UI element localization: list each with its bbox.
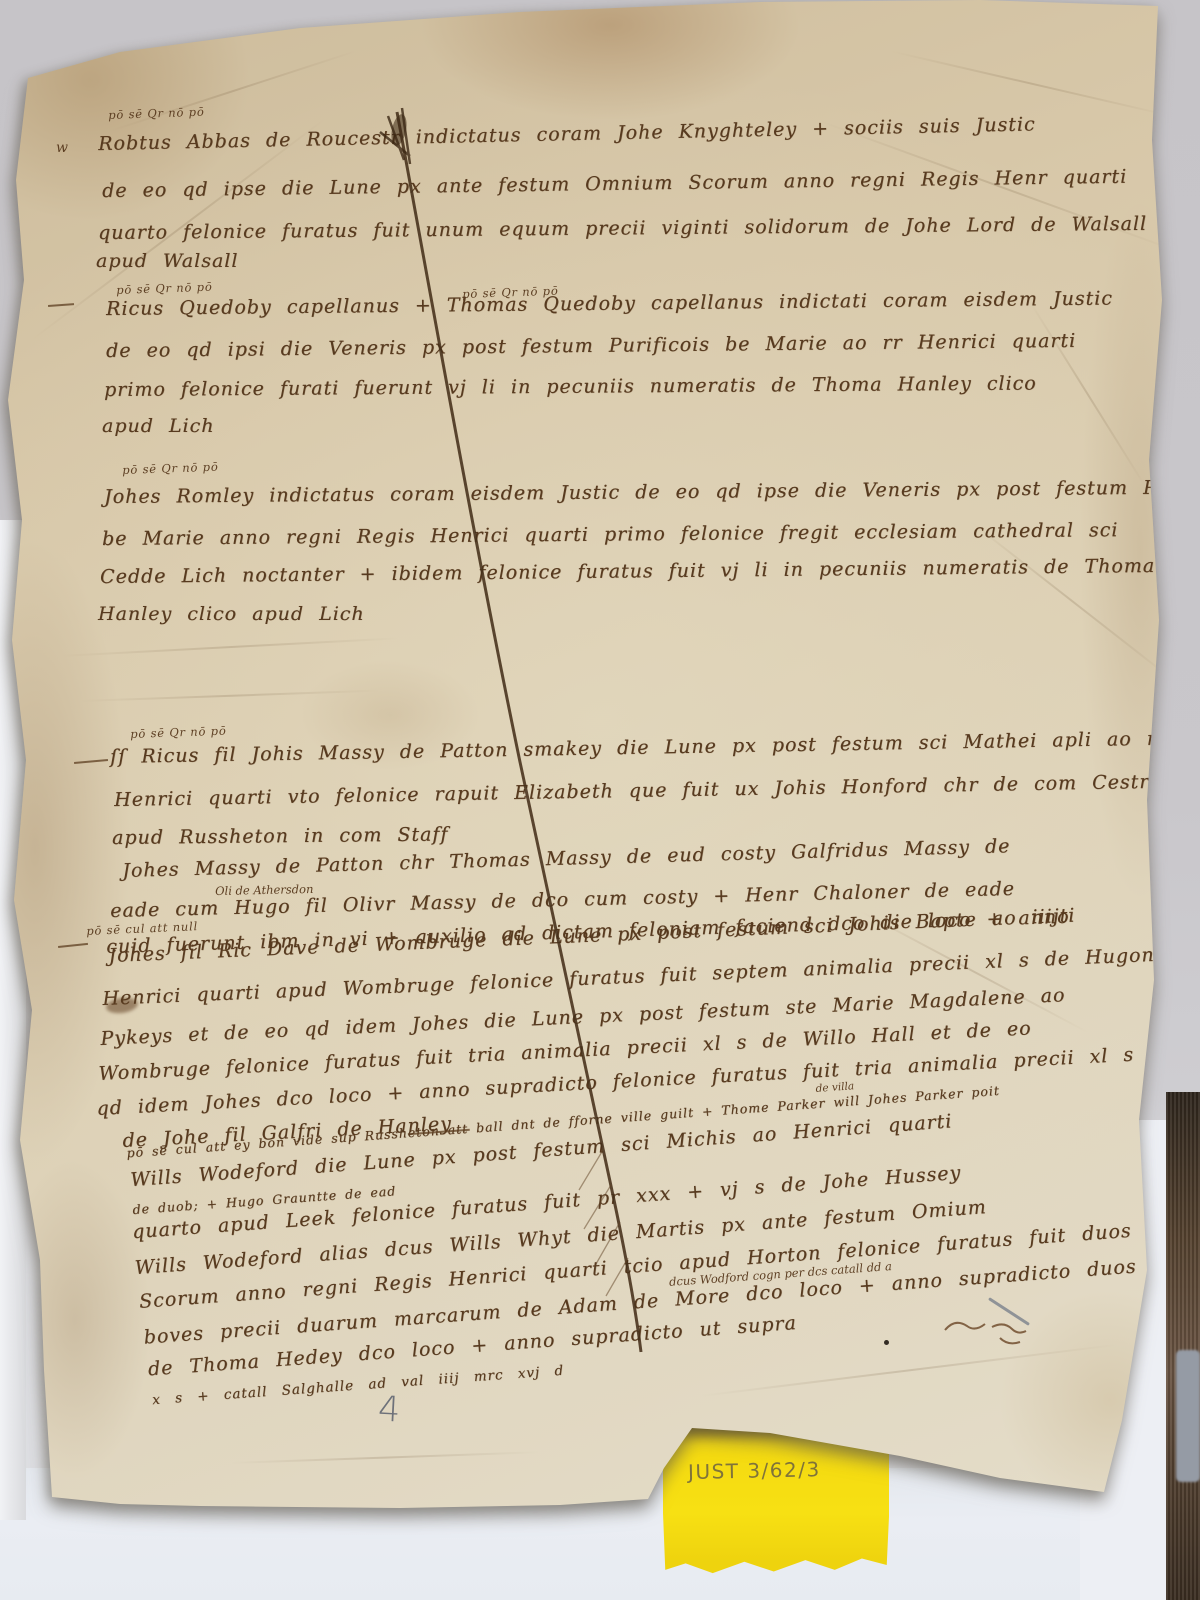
folio-number: 4 — [377, 1389, 401, 1430]
manuscript-line: apud Walsall — [96, 250, 238, 272]
manuscript-line: be Marie anno regni Regis Henrici quarti… — [102, 519, 1118, 550]
stain-top-center — [420, 0, 800, 120]
manuscript-line: Hanley clico apud Lich — [98, 603, 365, 625]
manuscript-line: apud Russheton in com Staff — [112, 823, 449, 849]
parchment-sheet: pō sē Qr nō pō pō sē Qr nō pō pō sē Qr n… — [0, 0, 1200, 1600]
manuscript-line: Ricus Quedoby capellanus + Thomas Quedob… — [106, 287, 1113, 320]
manuscript-line: quarto felonice furatus fuit unum equum … — [98, 213, 1147, 244]
plea-margin-note: pō sē Qr nō pō — [130, 724, 227, 741]
parchment-wrapper: pō sē Qr nō pō pō sē Qr nō pō pō sē Qr n… — [0, 0, 1200, 1600]
margin-tick: w — [56, 140, 69, 156]
crease-line — [230, 1451, 540, 1464]
manuscript-line: primo felonice furati fuerunt vj li in p… — [104, 372, 1037, 401]
crease-line — [890, 50, 1173, 117]
plea-margin-note: pō sē Qr nō pō — [116, 280, 213, 297]
archive-photo: JUST 3/62/3 pō sē Qr nō pō pō sē Qr nō p… — [0, 0, 1200, 1600]
manuscript-line: apud Lich — [102, 415, 215, 437]
manuscript-line: Henrici quarti vto felonice rapuit Eliza… — [114, 771, 1150, 811]
ink-dot — [884, 1340, 889, 1345]
crease-line — [60, 637, 400, 657]
manuscript-line: Johes Romley indictatus coram eisdem Jus… — [104, 476, 1200, 508]
manuscript-line: Cedde Lich noctanter + ibidem felonice f… — [100, 555, 1155, 588]
plea-margin-note: pō sē Qr nō pō — [122, 460, 219, 477]
manuscript-line: de eo qd ipsi die Veneris px post festum… — [106, 330, 1076, 362]
manuscript-line: ſſ Ricus fil Johis Massy de Patton smake… — [110, 728, 1167, 768]
margin-tick-dash — [48, 303, 74, 307]
